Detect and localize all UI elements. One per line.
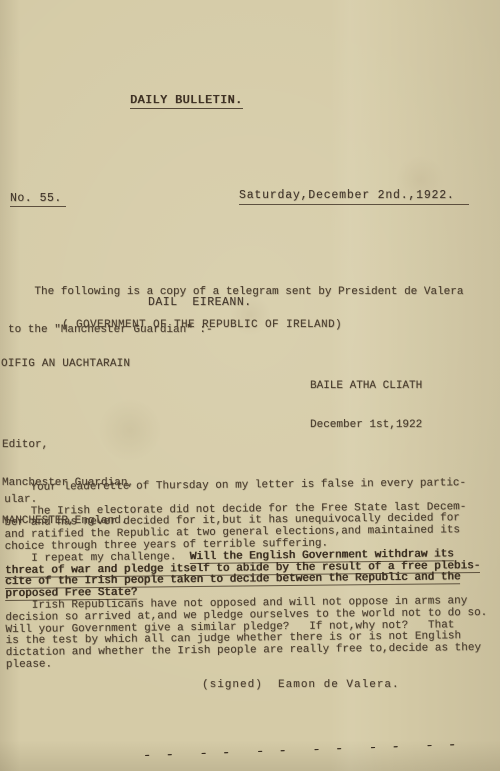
issue-number: No. 55. xyxy=(10,192,66,207)
government-subheading: ( GOVERNMENT OF THE REPUBLIC OF IRELAND) xyxy=(62,319,342,331)
telegram-date: December 1st,1922 xyxy=(310,419,422,432)
document-page: DAILY BULLETIN. No. 55. Saturday,Decembe… xyxy=(0,0,500,771)
bulletin-date: Saturday,December 2nd.,1922. xyxy=(239,189,469,205)
place-date-block: BAILE ATHA CLIATH December 1st,1922 xyxy=(310,354,422,458)
intro-paragraph: The following is a copy of a telegram se… xyxy=(8,261,463,362)
signature-line: (signed) Eamon de Valera. xyxy=(202,679,400,691)
address-line: Editor, xyxy=(2,439,134,452)
footer-dashed-rule: - - - - - - - - - - - - xyxy=(143,737,460,763)
office-of-president-label: OIFIG AN UACHTARAIN xyxy=(1,358,130,370)
telegram-body: Your leaderette of Thursday on my letter… xyxy=(4,478,488,672)
dail-eireann-heading: DAIL EIREANN. xyxy=(148,296,252,309)
place-name: BAILE ATHA CLIATH xyxy=(310,380,422,393)
bulletin-title: DAILY BULLETIN. xyxy=(130,94,243,109)
